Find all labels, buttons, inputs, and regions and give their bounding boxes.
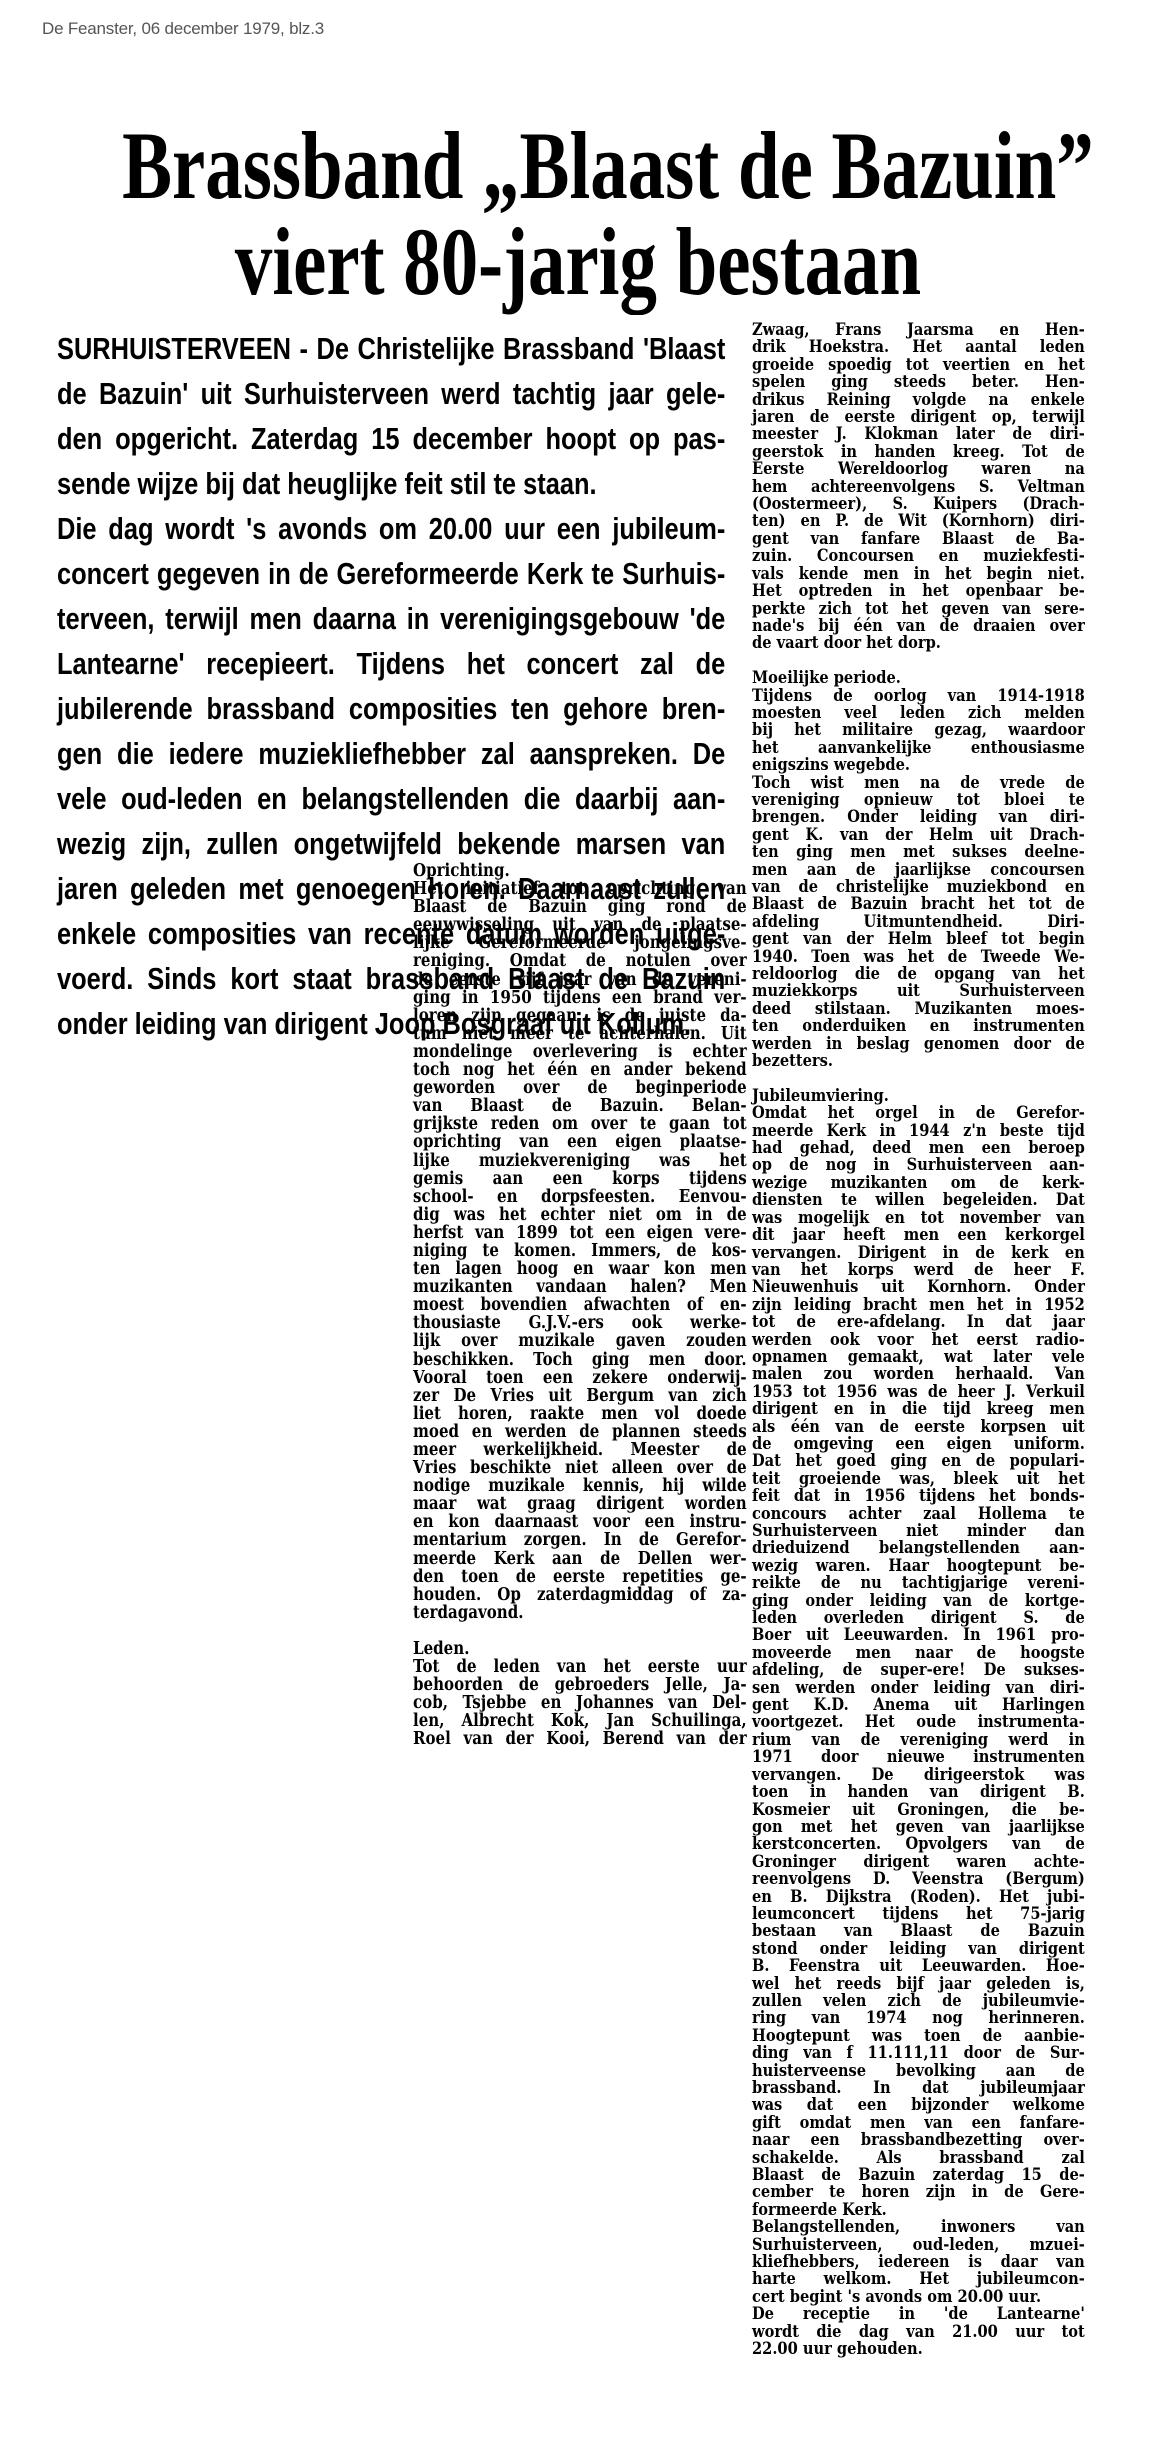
headline-line-2: viert 80-jarig bestaan	[122, 214, 1034, 310]
middle-column: Oprichting.Het initiatief tot oprichting…	[413, 862, 747, 1749]
body-line: ten lagen hoog en waar kon men	[413, 1260, 747, 1278]
body-line: liet horen, raakte men vol doede	[413, 1405, 747, 1423]
lead-line-text: de Bazuin' uit Surhuisterveen werd tacht…	[57, 371, 725, 416]
body-line-text: nodige muzikale kennis, hij wilde	[413, 1477, 747, 1495]
body-line-text: lijk over muzikale gaven zouden	[413, 1332, 747, 1350]
body-line-text: mondelinge overlevering is echter	[413, 1043, 747, 1061]
body-line-text: den toen de eerste repetities ge-	[413, 1568, 747, 1586]
body-line-text: cob, Tsjebbe en Johannes van Del-	[413, 1694, 747, 1712]
body-line-text: meer werkelijkheid. Meester de	[413, 1441, 747, 1459]
body-line: moest bovendien afwachten of en-	[413, 1296, 747, 1314]
body-line-text: niging te komen. Immers, de kos-	[413, 1242, 747, 1260]
lead-line: den opgericht. Zaterdag 15 december hoop…	[57, 416, 725, 461]
body-line-text: en kon daarnaast voor een instru-	[413, 1513, 747, 1531]
body-line-text: maar wat graag dirigent worden	[413, 1495, 747, 1513]
lead-line-text: concert gegeven in de Gereformeerde Kerk…	[57, 551, 725, 596]
body-line: Blaast de Bazuin ging rond de	[413, 898, 747, 916]
paragraph-gap	[413, 1622, 747, 1640]
body-line: bezetters.	[752, 1053, 1085, 1070]
body-line-text: school- en dorpsfeesten. Eenvou-	[413, 1188, 747, 1206]
body-line: terdagavond.	[413, 1604, 747, 1622]
body-line-text: Tot de leden van het eerste uur	[413, 1658, 747, 1676]
body-line-text: zer De Vries uit Bergum van zich	[413, 1387, 747, 1405]
body-line: beschikken. Toch ging men door.	[413, 1351, 747, 1369]
body-line-text: muzikanten vandaan halen? Men	[413, 1278, 747, 1296]
body-line: Vooral toen een zekere onderwij-	[413, 1369, 747, 1387]
right-column: Zwaag, Frans Jaarsma en Hen-drik Hoekstr…	[752, 322, 1085, 2359]
body-line: moed en werden de plannen steeds	[413, 1423, 747, 1441]
body-line: eeuwwisseling uit van de plaatse-	[413, 916, 747, 934]
body-line: reniging. Omdat de notulen over	[413, 952, 747, 970]
lead-line-text: Lantearne' recepieert. Tijdens het conce…	[57, 641, 725, 686]
body-line: en kon daarnaast voor een instru-	[413, 1513, 747, 1531]
section-heading-oprichting: Oprichting.	[413, 862, 747, 880]
body-line-text: tum niet meer te achterhalen. Uit	[413, 1025, 747, 1043]
lead-line-text: Die dag wordt 's avonds om 20.00 uur een…	[57, 506, 725, 551]
lead-line-text: jubilerende brassband composities ten ge…	[57, 686, 725, 731]
body-line: geworden over de beginperiode	[413, 1079, 747, 1097]
body-line: lijke Gereformeerde jongelingsve-	[413, 934, 747, 952]
body-line: loren zijn gegaan, is de juiste da-	[413, 1007, 747, 1025]
headline: Brassband „Blaast de Bazuin” viert 80-ja…	[122, 118, 1034, 310]
body-line: len, Albrecht Kok, Jan Schuilinga,	[413, 1712, 747, 1730]
body-line-text: Roel van der Kooi, Berend van der	[413, 1730, 747, 1748]
body-line: Het initiatief tot oprichting van	[413, 880, 747, 898]
body-line-text: houden. Op zaterdagmiddag of za-	[413, 1586, 747, 1604]
body-line-text: Vries beschikte niet alleen over de	[413, 1459, 747, 1477]
body-line-text: lijke muziekvereniging was het	[413, 1152, 747, 1170]
body-line: de vaart door het dorp.	[752, 635, 1085, 652]
body-line: Roel van der Kooi, Berend van der	[413, 1730, 747, 1748]
body-line: ging in 1950 tijdens een brand ver-	[413, 989, 747, 1007]
lead-line: jubilerende brassband composities ten ge…	[57, 686, 725, 731]
source-citation: De Feanster, 06 december 1979, blz.3	[42, 19, 324, 39]
lead-line: Lantearne' recepieert. Tijdens het conce…	[57, 641, 725, 686]
body-line-text: Het initiatief tot oprichting van	[413, 880, 747, 898]
body-line: 22.00 uur gehouden.	[752, 2341, 1085, 2358]
lead-line: vele oud-leden en belangstellenden die d…	[57, 776, 725, 821]
body-line: tum niet meer te achterhalen. Uit	[413, 1025, 747, 1043]
lead-line: de Bazuin' uit Surhuisterveen werd tacht…	[57, 371, 725, 416]
body-line-text: reniging. Omdat de notulen over	[413, 952, 747, 970]
body-line-text: 22.00 uur gehouden.	[752, 2341, 1085, 2358]
body-line: herfst van 1899 tot een eigen vere-	[413, 1224, 747, 1242]
lead-line-text: den opgericht. Zaterdag 15 december hoop…	[57, 416, 725, 461]
section-heading-leden: Leden.	[413, 1640, 747, 1658]
lead-line-text: vele oud-leden en belangstellenden die d…	[57, 776, 725, 821]
body-line-text: meerde Kerk aan de Dellen wer-	[413, 1550, 747, 1568]
lead-line-text: sende wijze bij dat heuglijke feit stil …	[57, 461, 725, 506]
body-line: dig was het echter niet om in de	[413, 1206, 747, 1224]
body-line-text: behoorden de gebroeders Jelle, Ja-	[413, 1676, 747, 1694]
body-line-text: geworden over de beginperiode	[413, 1079, 747, 1097]
body-line: grijkste reden om over te gaan tot	[413, 1115, 747, 1133]
body-line-text: Blaast de Bazuin ging rond de	[413, 898, 747, 916]
body-line-text: herfst van 1899 tot een eigen vere-	[413, 1224, 747, 1242]
body-line-text: lijke Gereformeerde jongelingsve-	[413, 934, 747, 952]
body-line-text: thousiaste G.J.V.-ers ook werke-	[413, 1314, 747, 1332]
body-line-text: liet horen, raakte men vol doede	[413, 1405, 747, 1423]
body-line: houden. Op zaterdagmiddag of za-	[413, 1586, 747, 1604]
lead-line: concert gegeven in de Gereformeerde Kerk…	[57, 551, 725, 596]
body-line-text: oprichting van een eigen plaatse-	[413, 1133, 747, 1151]
body-line: oprichting van een eigen plaatse-	[413, 1133, 747, 1151]
body-line: cob, Tsjebbe en Johannes van Del-	[413, 1694, 747, 1712]
body-line-text: beschikken. Toch ging men door.	[413, 1351, 747, 1369]
body-line: behoorden de gebroeders Jelle, Ja-	[413, 1676, 747, 1694]
lead-line: terveen, terwijl men daarna in verenigin…	[57, 596, 725, 641]
body-line-text: moest bovendien afwachten of en-	[413, 1296, 747, 1314]
body-line-text: terdagavond.	[413, 1604, 747, 1622]
lead-line: gen die iedere muziekliefhebber zal aans…	[57, 731, 725, 776]
body-line-text: dig was het echter niet om in de	[413, 1206, 747, 1224]
body-line-text: eeuwwisseling uit van de plaatse-	[413, 916, 747, 934]
body-line-text: Vooral toen een zekere onderwij-	[413, 1369, 747, 1387]
lead-line: wezig zijn, zullen ongetwijfeld bekende …	[57, 821, 725, 866]
body-line: nodige muzikale kennis, hij wilde	[413, 1477, 747, 1495]
body-line: meerde Kerk aan de Dellen wer-	[413, 1550, 747, 1568]
body-line-text: ging in 1950 tijdens een brand ver-	[413, 989, 747, 1007]
body-line: zer De Vries uit Bergum van zich	[413, 1387, 747, 1405]
body-line: van Blaast de Bazuin. Belan-	[413, 1097, 747, 1115]
lead-line-text: wezig zijn, zullen ongetwijfeld bekende …	[57, 821, 725, 866]
body-line-text: mentarium zorgen. In de Gerefor-	[413, 1531, 747, 1549]
lead-line: sende wijze bij dat heuglijke feit stil …	[57, 461, 725, 506]
body-line: muzikanten vandaan halen? Men	[413, 1278, 747, 1296]
body-line: school- en dorpsfeesten. Eenvou-	[413, 1188, 747, 1206]
lead-line: Die dag wordt 's avonds om 20.00 uur een…	[57, 506, 725, 551]
body-line-text: loren zijn gegaan, is de juiste da-	[413, 1007, 747, 1025]
body-line: thousiaste G.J.V.-ers ook werke-	[413, 1314, 747, 1332]
body-line: Vries beschikte niet alleen over de	[413, 1459, 747, 1477]
body-line-text: toch nog het één en ander bekend	[413, 1061, 747, 1079]
body-line-text: len, Albrecht Kok, Jan Schuilinga,	[413, 1712, 747, 1730]
body-line-text: grijkste reden om over te gaan tot	[413, 1115, 747, 1133]
body-line: den toen de eerste repetities ge-	[413, 1568, 747, 1586]
body-line: toch nog het één en ander bekend	[413, 1061, 747, 1079]
body-line: lijke muziekvereniging was het	[413, 1152, 747, 1170]
body-line-text: de vaart door het dorp.	[752, 635, 1085, 652]
body-line: mentarium zorgen. In de Gerefor-	[413, 1531, 747, 1549]
body-line-text: gemis aan een korps tijdens	[413, 1170, 747, 1188]
body-line-text: bezetters.	[752, 1053, 1085, 1070]
lead-line: SURHUISTERVEEN - De Christelijke Brassba…	[57, 326, 725, 371]
body-line: meer werkelijkheid. Meester de	[413, 1441, 747, 1459]
body-line-text: moed en werden de plannen steeds	[413, 1423, 747, 1441]
lead-line-text: terveen, terwijl men daarna in verenigin…	[57, 596, 725, 641]
body-line: de eerste vijf jaar van de vereni-	[413, 971, 747, 989]
body-line: mondelinge overlevering is echter	[413, 1043, 747, 1061]
section-heading-leden-text: Leden.	[413, 1640, 747, 1658]
headline-line-1: Brassband „Blaast de Bazuin”	[122, 118, 1034, 214]
lead-line-text: SURHUISTERVEEN - De Christelijke Brassba…	[57, 326, 725, 371]
body-line: maar wat graag dirigent worden	[413, 1495, 747, 1513]
section-heading-oprichting-text: Oprichting.	[413, 862, 747, 880]
body-line: niging te komen. Immers, de kos-	[413, 1242, 747, 1260]
body-line-text: ten lagen hoog en waar kon men	[413, 1260, 747, 1278]
body-line-text: de eerste vijf jaar van de vereni-	[413, 971, 747, 989]
body-line-text: van Blaast de Bazuin. Belan-	[413, 1097, 747, 1115]
lead-line-text: gen die iedere muziekliefhebber zal aans…	[57, 731, 725, 776]
body-line: lijk over muzikale gaven zouden	[413, 1332, 747, 1350]
body-line: Tot de leden van het eerste uur	[413, 1658, 747, 1676]
body-line: gemis aan een korps tijdens	[413, 1170, 747, 1188]
